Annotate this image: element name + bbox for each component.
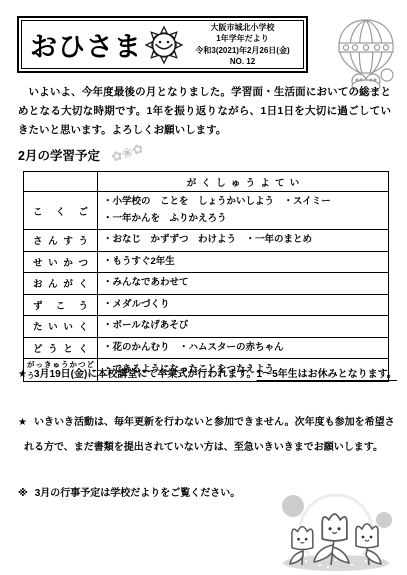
note-march-text: 3月の行事予定は学校だよりをご覧ください。 [35,488,241,499]
schedule-table: がくしゅうよてい こくご ・小学校の ことを しょうかいしよう ・スイミー ・一… [23,171,389,382]
flower-decoration-icon: ✿❀✿ [110,140,146,165]
schedule-row-dotoku: どうとく ・花のかんむり ・ハムスターの赤ちゃん [24,337,389,359]
note-ikiiki-text: いきいき活動は、毎年更新を行わないと参加できません。次年度も参加を希望される方で… [24,417,395,453]
hot-air-balloon-illustration [330,17,402,93]
subject-cell: さんすう [24,230,98,252]
content-cell: ・ボールなげあそび [98,316,389,338]
subject-cell: せいかつ [24,251,98,273]
tulip-characters-illustration [270,493,402,573]
sun-icon [144,25,184,65]
schedule-row-ongaku: おんがく ・みんなであわせて [24,273,389,295]
note-ikiiki: ★いきいき活動は、毎年更新を行わないと参加できません。次年度も参加を希望される方… [18,410,398,460]
schedule-header-row: がくしゅうよてい [24,172,389,192]
content-cell: ・もうすぐ2年生 [98,251,389,273]
subject-cell: たいいく [24,316,98,338]
masthead-inner-frame: おひさま [21,20,304,69]
subject-cell: おんがく [24,273,98,295]
schedule-column-header: がくしゅうよてい [98,172,389,192]
subject-cell: こくご [24,192,98,230]
reference-marker: ※ [18,488,28,499]
subject-cell: ずこう [24,294,98,316]
issue-info-block: 大阪市城北小学校 1年学年だより 令和3(2021)年2月26日(金) NO. … [184,22,303,68]
issue-date: 令和3(2021)年2月26日(金) [184,45,301,57]
schedule-row-taiiku: たいいく ・ボールなげあそび [24,316,389,338]
content-cell: ・おなじ かずずつ わけよう ・一年のまとめ [98,230,389,252]
schedule-row-sansu: さんすう ・おなじ かずずつ わけよう ・一年のまとめ [24,230,389,252]
schedule-row-seikatsu: せいかつ ・もうすぐ2年生 [24,251,389,273]
subject-cell: どうとく [24,337,98,359]
subject-column-header [24,172,98,192]
note-graduation-underlined: 1～5年生はお休みとなります。 [257,369,397,380]
note-graduation-text: 3月19日(金)に本校講堂にて卒業式が行われます。 [34,369,257,380]
star-marker: ★ [18,369,27,380]
content-cell: ・花のかんむり ・ハムスターの赤ちゃん [98,337,389,359]
newsletter-title: おひさま [30,25,142,64]
masthead: おひさま [17,16,308,73]
section-head: 2月の学習予定 ✿❀✿ [18,146,145,166]
star-marker: ★ [18,417,27,428]
school-name: 大阪市城北小学校 [184,22,301,34]
intro-paragraph: いよいよ、今年度最後の月となりました。学習面・生活面においての総まとめとなる大切… [18,83,391,140]
schedule-row-kokugo: こくご ・小学校の ことを しょうかいしよう ・スイミー ・一年かんを ふりかえ… [24,192,389,230]
schedule-row-zuko: ずこう ・メダルづくり [24,294,389,316]
content-cell: ・メダルづくり [98,294,389,316]
section-title: 2月の学習予定 [18,146,100,164]
content-cell: ・みんなであわせて [98,273,389,295]
issue-number: NO. 12 [184,56,301,68]
newsletter-page: おひさま [0,0,407,575]
newsletter-name: 1年学年だより [184,33,301,45]
content-cell: ・小学校の ことを しょうかいしよう ・スイミー ・一年かんを ふりかえろう [98,192,389,230]
note-graduation: ★3月19日(金)に本校講堂にて卒業式が行われます。1～5年生はお休みとなります… [18,362,398,387]
